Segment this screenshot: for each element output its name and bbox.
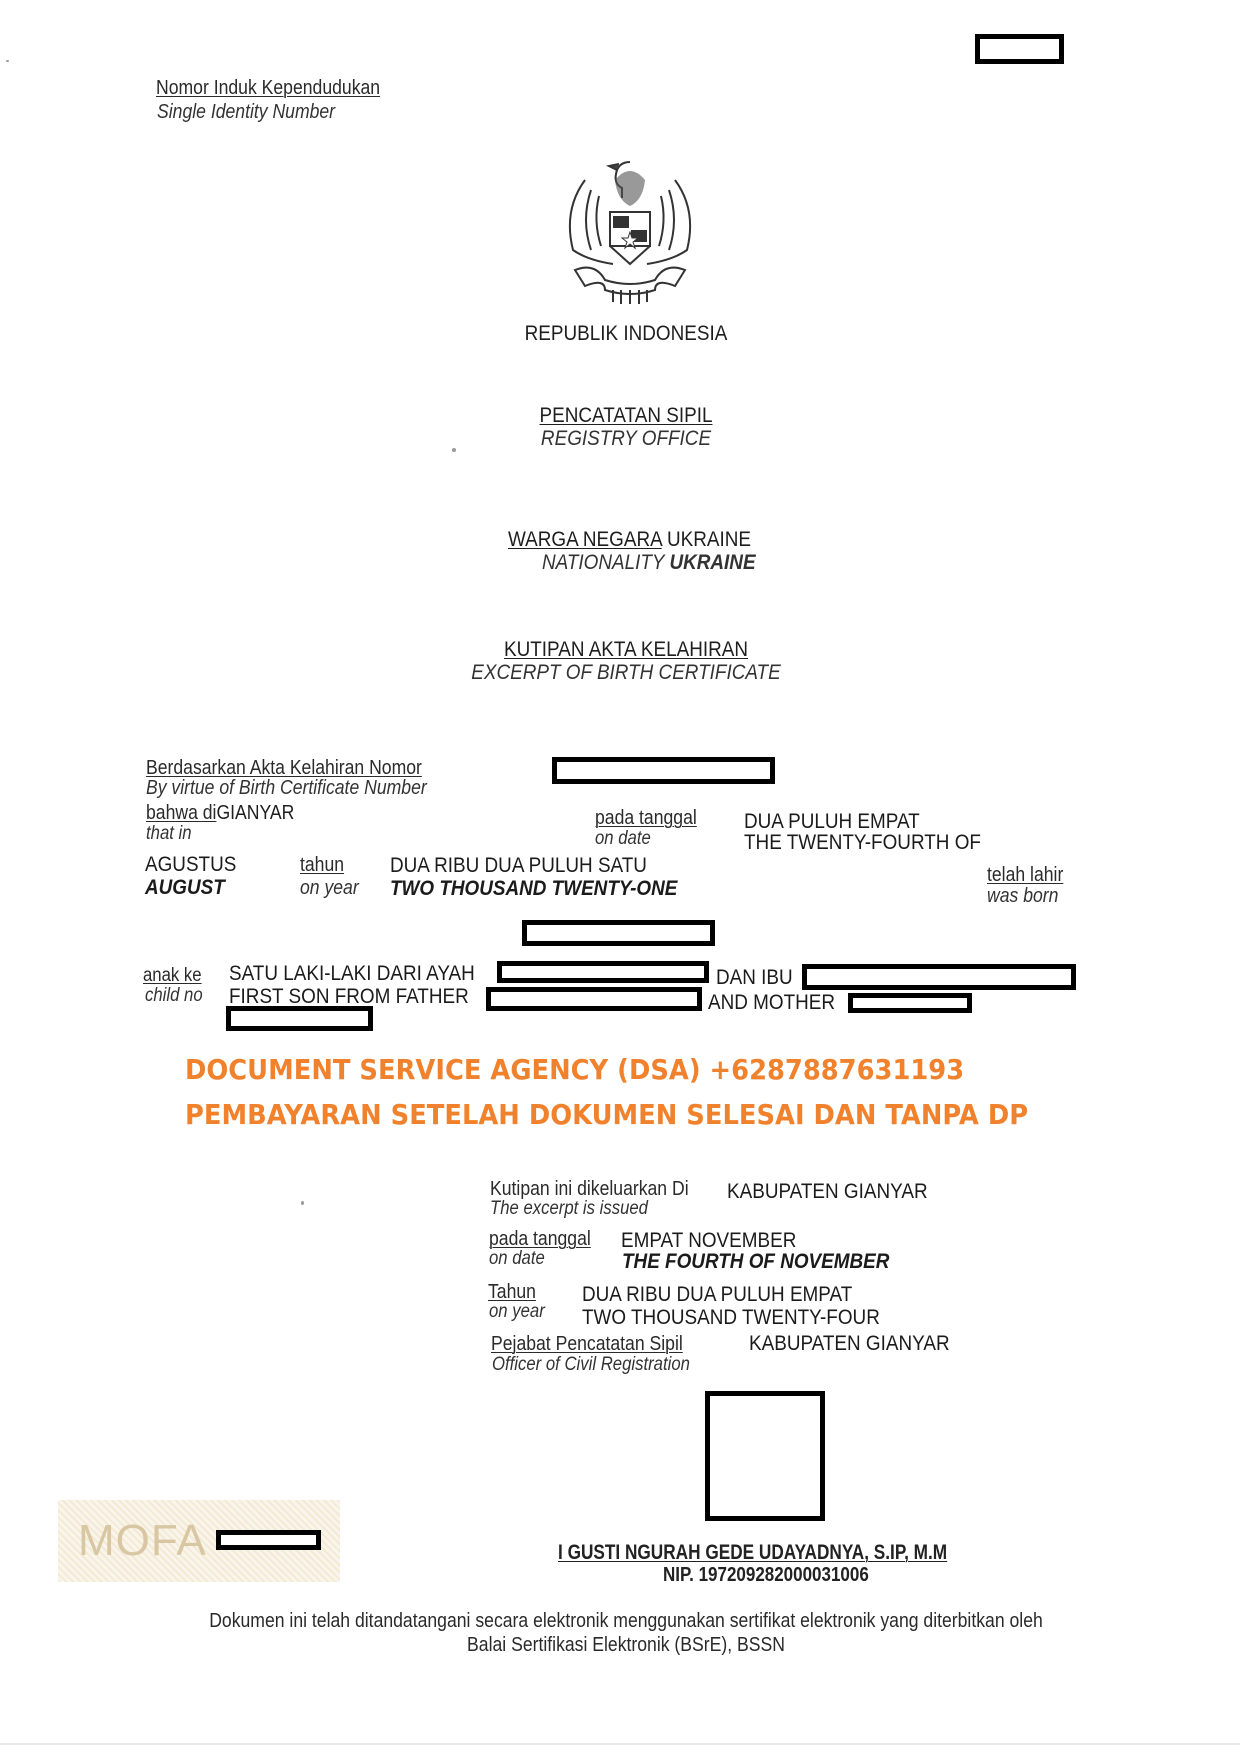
cert-number-label-en: By virtue of Birth Certificate Number: [146, 777, 427, 800]
officer-label: Pejabat Pencatatan Sipil: [491, 1333, 683, 1356]
signatory-name: I GUSTI NGURAH GEDE UDAYADNYA, S.IP, M.M: [558, 1541, 947, 1565]
birth-year-value-en: TWO THOUSAND TWENTY-ONE: [390, 877, 677, 901]
mofa-stamp-text: MOFA: [78, 1516, 207, 1566]
birthplace-label: bahwa di: [146, 802, 216, 824]
nik-label-en: Single Identity Number: [157, 101, 335, 124]
redacted-nik: [975, 34, 1064, 64]
footer-note-1: Dokumen ini telah ditandatangani secara …: [75, 1610, 1177, 1633]
child-label-en: child no: [145, 985, 203, 1007]
watermark-payment: PEMBAYARAN SETELAH DOKUMEN SELESAI DAN T…: [185, 1098, 1028, 1131]
officer-value: KABUPATEN GIANYAR: [749, 1332, 950, 1356]
signatory-nip: NIP. 197209282000031006: [663, 1564, 869, 1587]
issued-date-label-en: on date: [489, 1248, 545, 1270]
redacted-father-name: [497, 961, 709, 983]
issued-place-label-en: The excerpt is issued: [490, 1198, 648, 1220]
born-label-en: was born: [987, 885, 1058, 908]
issued-place-value: KABUPATEN GIANYAR: [727, 1180, 928, 1204]
nik-label: Nomor Induk Kependudukan: [156, 77, 380, 100]
document-title-en: EXCERPT OF BIRTH CERTIFICATE: [63, 661, 1190, 685]
birth-month-value-en: AUGUST: [145, 876, 225, 900]
officer-label-en: Officer of Civil Registration: [492, 1354, 690, 1376]
birthplace-label-en: that in: [146, 823, 192, 845]
office-label-en: REGISTRY OFFICE: [63, 427, 1190, 451]
child-label: anak ke: [143, 965, 202, 987]
issued-date-value-en: THE FOURTH OF NOVEMBER: [622, 1250, 889, 1274]
redacted-mother-name-en: [848, 993, 972, 1013]
nationality-value-en: UKRAINE: [669, 551, 755, 574]
country-heading: REPUBLIK INDONESIA: [63, 322, 1190, 346]
birthplace-row: bahwa diGIANYAR: [146, 802, 294, 825]
redacted-cert-number: [552, 757, 775, 784]
scan-speck: [6, 60, 9, 62]
watermark-agency: DOCUMENT SERVICE AGENCY (DSA) +628788763…: [185, 1053, 964, 1086]
birth-month-value: AGUSTUS: [145, 853, 236, 877]
page-bottom-edge: [0, 1743, 1240, 1745]
redacted-child-name: [522, 920, 715, 946]
issued-year-value-en: TWO THOUSAND TWENTY-FOUR: [582, 1306, 880, 1330]
birthdate-label: pada tanggal: [595, 807, 697, 830]
document-title: KUTIPAN AKTA KELAHIRAN: [63, 638, 1190, 662]
nationality-label: WARGA NEGARA: [508, 528, 662, 551]
born-label: telah lahir: [987, 864, 1063, 887]
nationality-value: UKRAINE: [667, 528, 751, 551]
scan-speck: [301, 1201, 304, 1205]
birth-day-value-en: THE TWENTY-FOURTH OF: [744, 831, 981, 855]
child-line: SATU LAKI-LAKI DARI AYAH: [229, 962, 475, 986]
footer-note-2: Balai Sertifikasi Elektronik (BSrE), BSS…: [75, 1634, 1177, 1657]
garuda-emblem-icon: [555, 150, 705, 310]
redacted-father-name-en: [486, 987, 702, 1011]
birth-year-label-en: on year: [300, 877, 359, 900]
redacted-extra-name: [226, 1006, 373, 1031]
birth-year-value: DUA RIBU DUA PULUH SATU: [390, 854, 647, 878]
mother-label: DAN IBU: [716, 966, 793, 990]
redacted-signature-qr: [705, 1391, 825, 1521]
nationality-row-en: NATIONALITY UKRAINE: [542, 551, 756, 575]
issued-year-value: DUA RIBU DUA PULUH EMPAT: [582, 1283, 852, 1307]
redacted-mofa-number: [216, 1530, 321, 1550]
nationality-label-en: NATIONALITY: [542, 551, 664, 574]
redacted-mother-name: [802, 964, 1076, 990]
issued-year-label-en: on year: [489, 1301, 545, 1323]
office-label: PENCATATAN SIPIL: [63, 404, 1190, 428]
birthplace-value: GIANYAR: [216, 802, 294, 824]
birth-year-label: tahun: [300, 854, 344, 877]
nationality-row: WARGA NEGARA UKRAINE: [508, 528, 751, 552]
birthdate-label-en: on date: [595, 828, 651, 850]
mother-label-en: AND MOTHER: [708, 991, 835, 1015]
